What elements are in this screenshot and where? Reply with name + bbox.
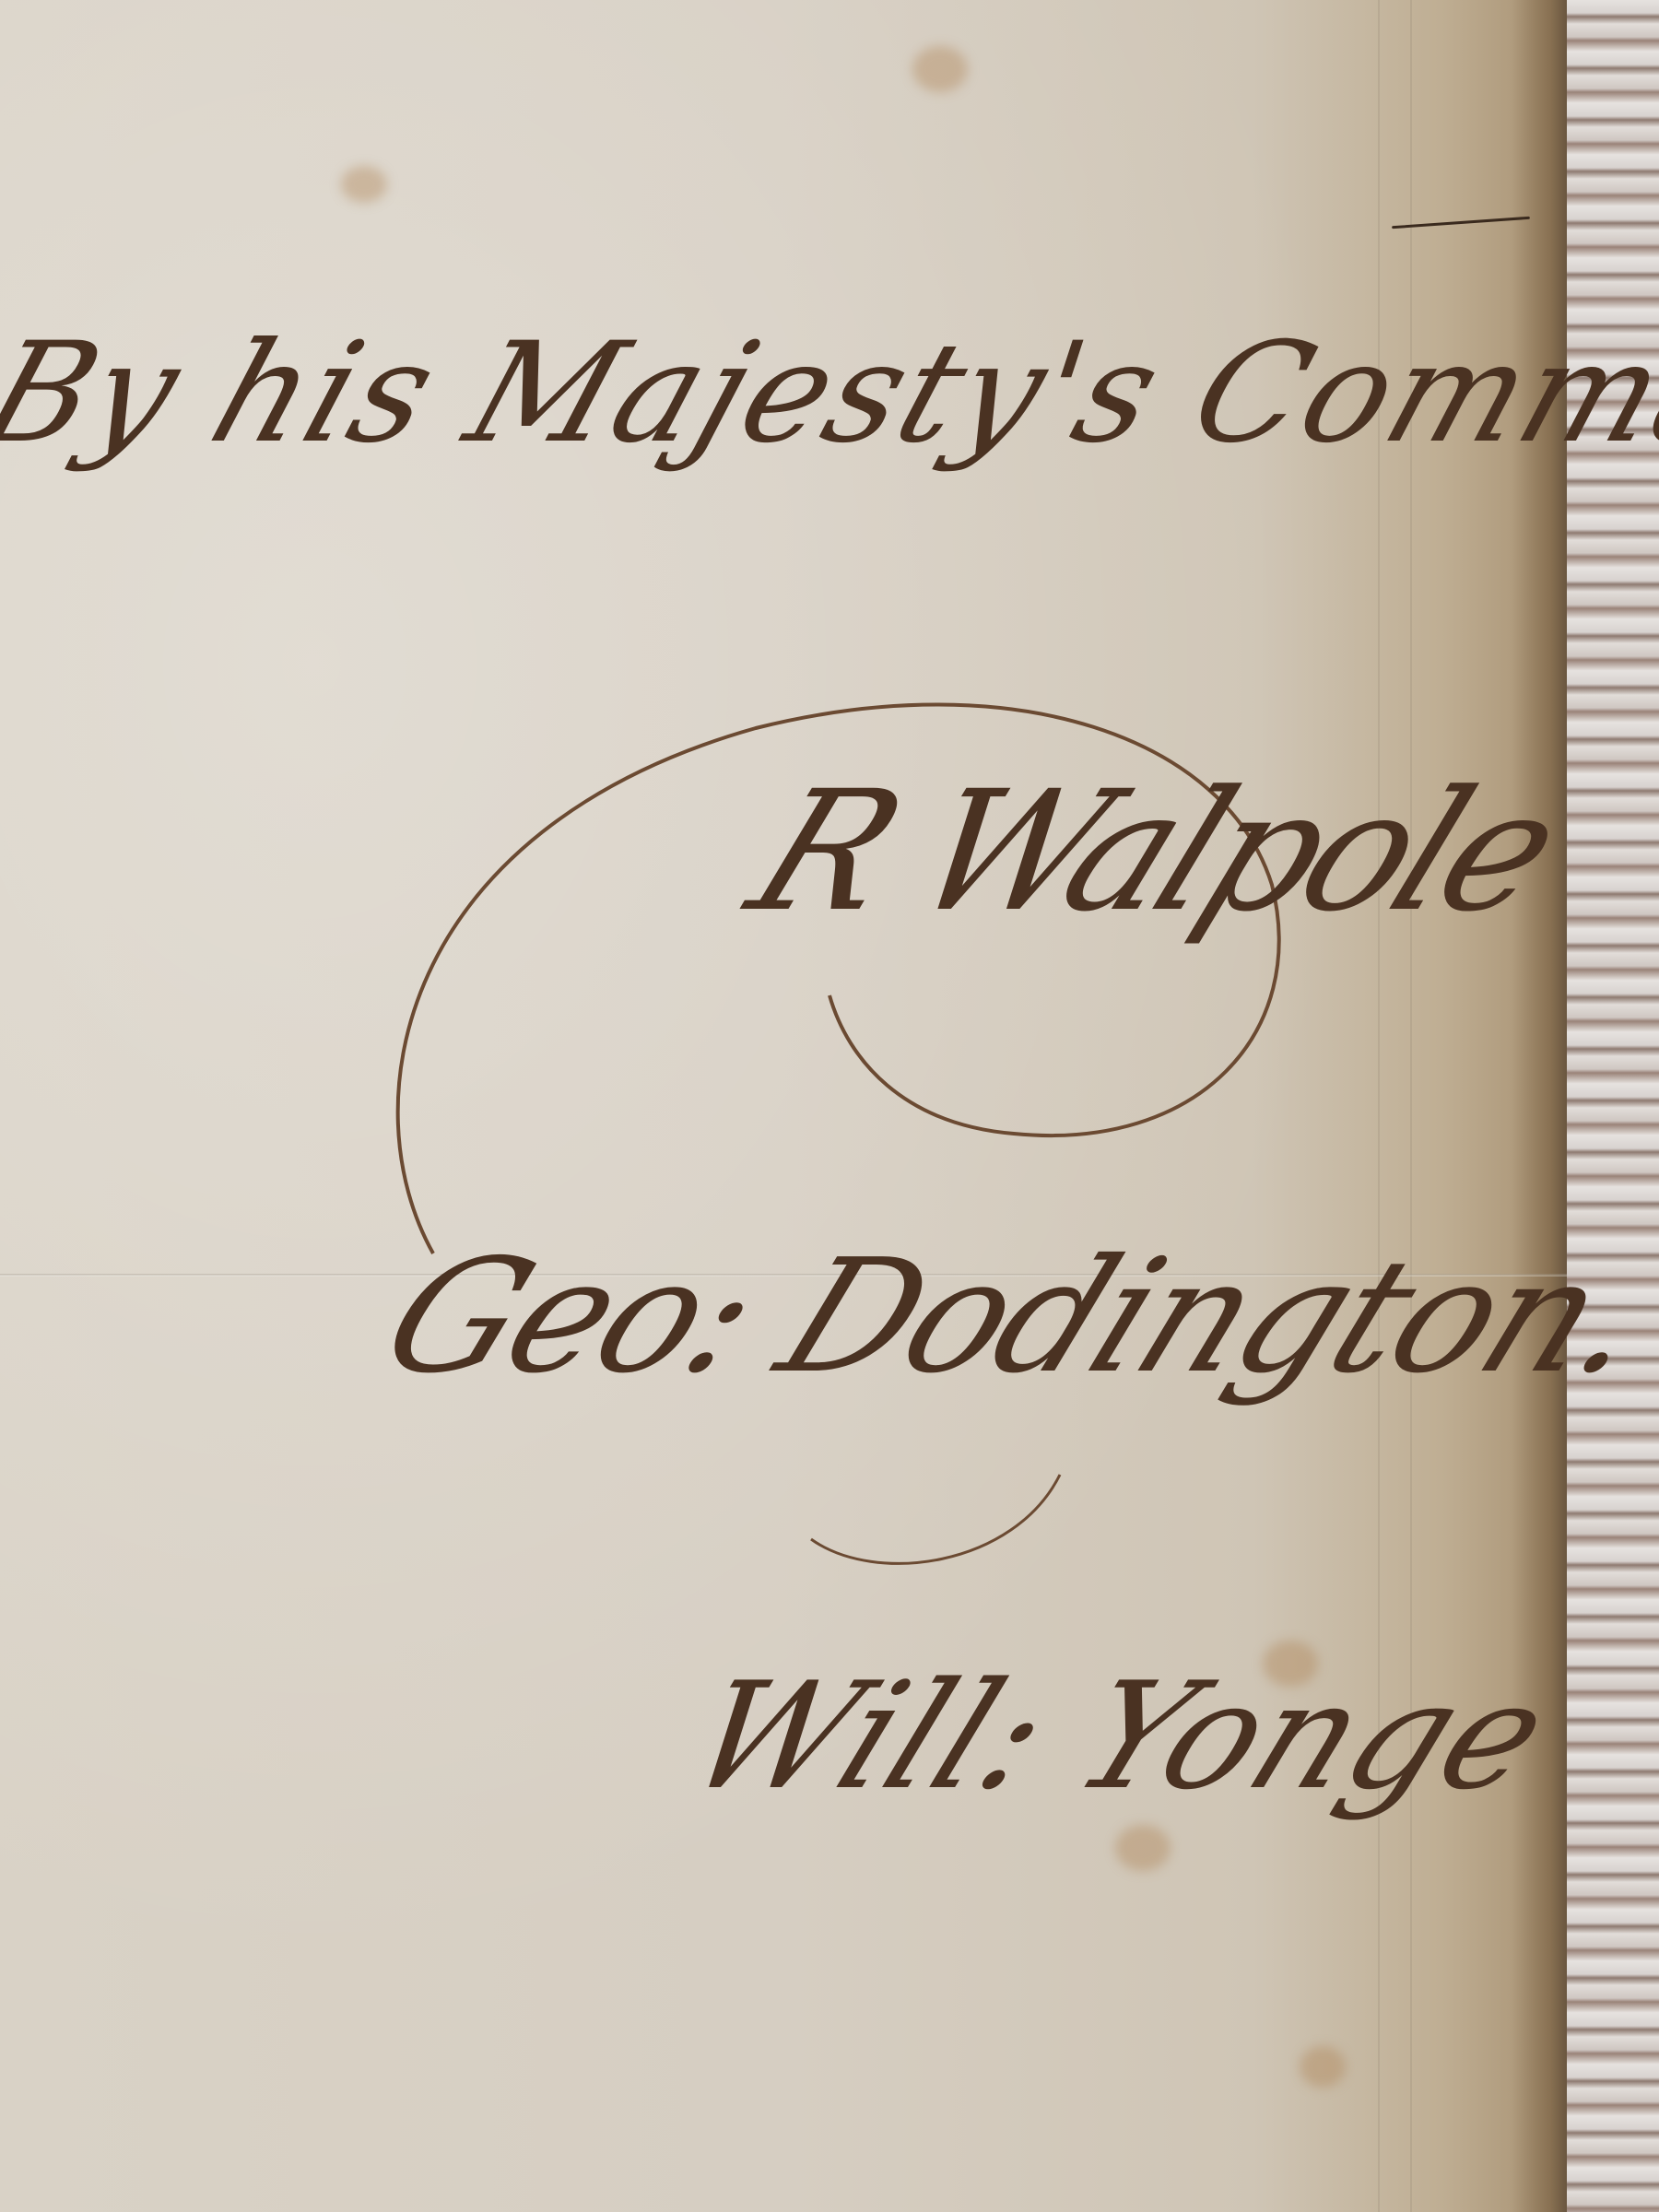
signature-walpole: R Walpole	[726, 756, 1581, 948]
signature-flourish	[0, 0, 1567, 2212]
signature-dodington: Geo: Dodington.	[359, 1226, 1659, 1408]
signature-yonge: Will: Yonge	[665, 1650, 1572, 1822]
